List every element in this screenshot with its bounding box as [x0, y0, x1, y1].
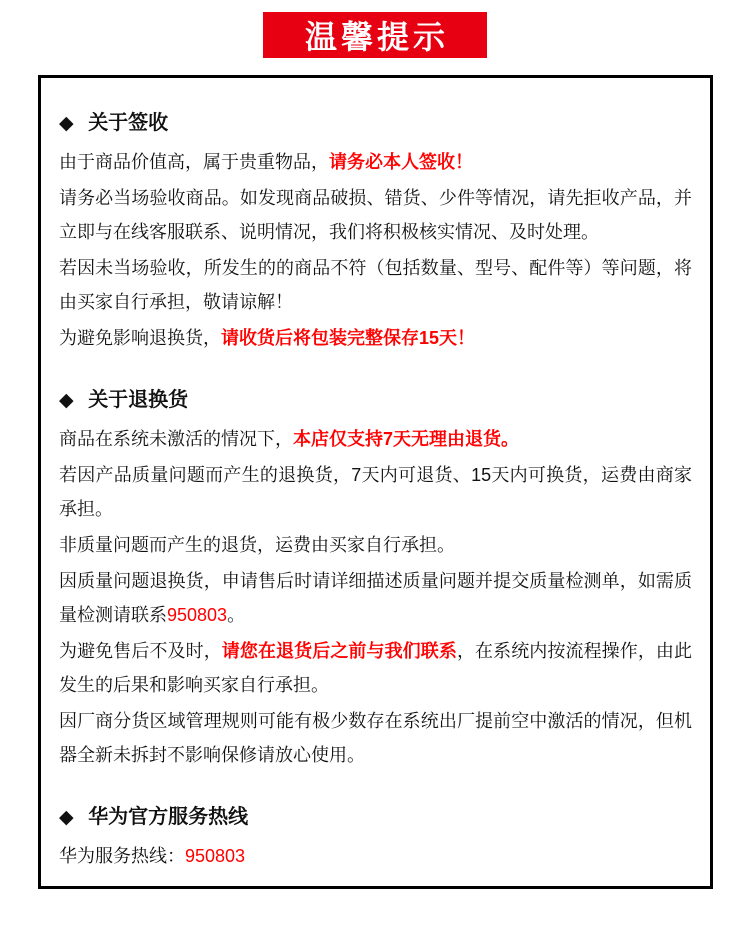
notice-paragraph: 若因产品质量问题而产生的退换货，7天内可退货、15天内可换货，运费由商家承担。 [59, 458, 692, 526]
text-run: 。 [227, 605, 245, 625]
notice-paragraph: 因厂商分货区域管理规则可能有极少数存在系统出厂提前空中激活的情况，但机器全新未拆… [59, 704, 692, 772]
text-run: 由于商品价值高，属于贵重物品， [59, 152, 329, 172]
notice-paragraph: 请务必当场验收商品。如发现商品破损、错货、少件等情况，请先拒收产品，并立即与在线… [59, 181, 692, 249]
text-run: 商品在系统未激活的情况下， [59, 429, 293, 449]
highlighted-text: 请务必本人签收！ [329, 152, 473, 172]
highlighted-text: 本店仅支持7天无理由退货。 [293, 429, 519, 449]
section-heading-label: 关于签收 [88, 112, 168, 134]
text-run: 若因产品质量问题而产生的退换货，7天内可退货、15天内可换货，运费由商家承担。 [59, 465, 692, 519]
notice-paragraph: 华为服务热线：950803 [59, 839, 692, 873]
banner-title: 温馨提示 [301, 12, 449, 58]
section-heading-label: 关于退换货 [88, 389, 188, 411]
notice-paragraph: 由于商品价值高，属于贵重物品，请务必本人签收！ [59, 145, 692, 179]
notice-section: ◆ 关于退换货 商品在系统未激活的情况下，本店仅支持7天无理由退货。若因产品质量… [59, 383, 692, 772]
text-run: 非质量问题而产生的退货，运费由买家自行承担。 [59, 535, 455, 555]
section-heading-label: 华为官方服务热线 [88, 806, 248, 828]
notice-paragraph: 因质量问题退换货，申请售后时请详细描述质量问题并提交质量检测单，如需质量检测请联… [59, 564, 692, 632]
highlighted-text: 请收货后将包装完整保存15天！ [221, 328, 475, 348]
notice-paragraph: 为避免影响退换货，请收货后将包装完整保存15天！ [59, 321, 692, 355]
diamond-bullet-icon: ◆ [59, 107, 74, 141]
section-heading: ◆ 关于退换货 [59, 383, 692, 418]
highlighted-text: 950803 [167, 605, 227, 625]
section-heading: ◆ 关于签收 [59, 106, 692, 141]
diamond-bullet-icon: ◆ [59, 384, 74, 418]
text-run: 华为服务热线： [59, 846, 185, 866]
text-run: 因厂商分货区域管理规则可能有极少数存在系统出厂提前空中激活的情况，但机器全新未拆… [59, 711, 692, 765]
notice-paragraph: 若因未当场验收，所发生的的商品不符（包括数量、型号、配件等）等问题，将由买家自行… [59, 251, 692, 319]
text-run: 若因未当场验收，所发生的的商品不符（包括数量、型号、配件等）等问题，将由买家自行… [59, 258, 692, 312]
diamond-bullet-icon: ◆ [59, 801, 74, 835]
notice-box: ◆ 关于签收 由于商品价值高，属于贵重物品，请务必本人签收！请务必当场验收商品。… [38, 75, 713, 889]
notice-paragraph: 为避免售后不及时，请您在退货后之前与我们联系，在系统内按流程操作，由此发生的后果… [59, 634, 692, 702]
notice-section: ◆ 华为官方服务热线 华为服务热线：950803 [59, 800, 692, 873]
page: { "banner": { "title": "温馨提示", "bg_color… [0, 0, 750, 928]
notice-banner: 温馨提示 [263, 12, 487, 58]
text-run: 因质量问题退换货，申请售后时请详细描述质量问题并提交质量检测单，如需质量检测请联… [59, 571, 692, 625]
notice-section: ◆ 关于签收 由于商品价值高，属于贵重物品，请务必本人签收！请务必当场验收商品。… [59, 106, 692, 355]
notice-paragraph: 非质量问题而产生的退货，运费由买家自行承担。 [59, 528, 692, 562]
section-heading: ◆ 华为官方服务热线 [59, 800, 692, 835]
notice-paragraph: 商品在系统未激活的情况下，本店仅支持7天无理由退货。 [59, 422, 692, 456]
highlighted-text: 950803 [185, 846, 245, 866]
text-run: 请务必当场验收商品。如发现商品破损、错货、少件等情况，请先拒收产品，并立即与在线… [59, 188, 692, 242]
text-run: 为避免售后不及时， [59, 641, 222, 661]
text-run: 为避免影响退换货， [59, 328, 221, 348]
highlighted-text: 请您在退货后之前与我们联系 [222, 641, 457, 661]
